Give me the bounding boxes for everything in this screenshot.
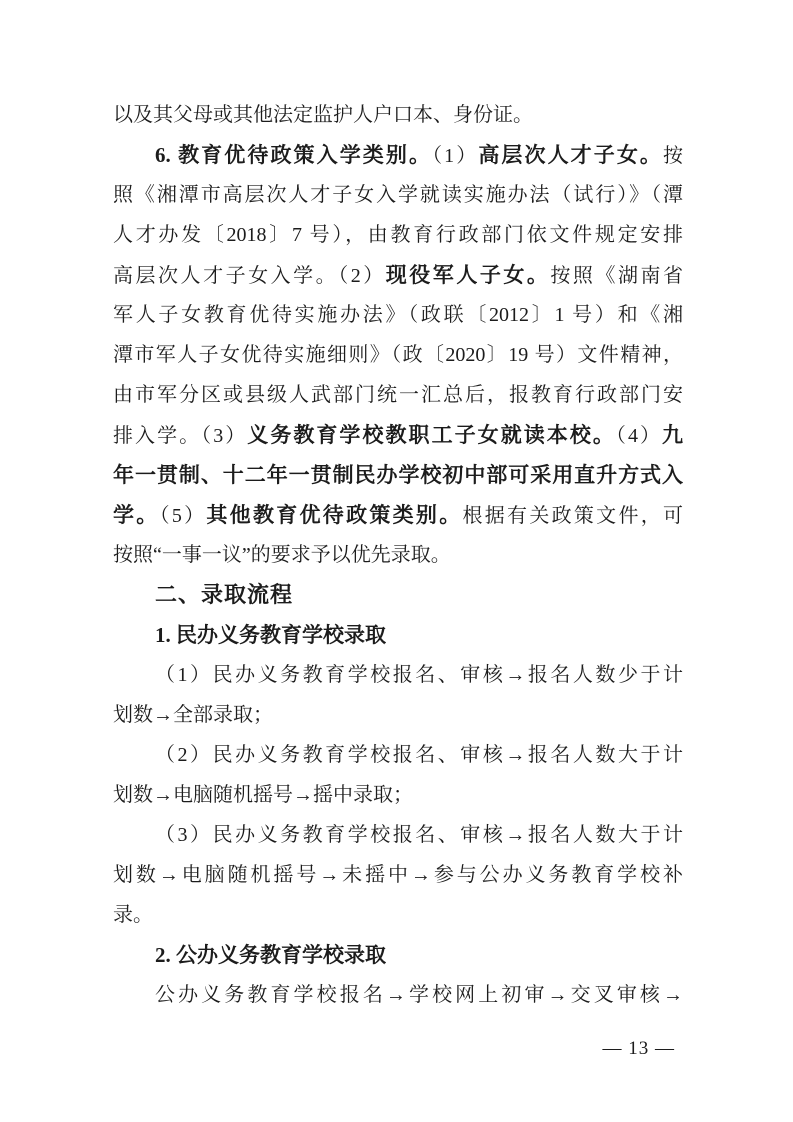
text-line: 以及其父母或其他法定监护人户口本、身份证。 <box>113 95 683 135</box>
text-run: 划数→电脑随机摇号→摇中录取； <box>113 784 413 806</box>
bold-text-run: 2. 公办义务教育学校录取 <box>155 943 386 967</box>
text-line: 排入学。（3）义务教育学校教职工子女就读本校。（4）九 <box>113 415 683 455</box>
bold-text-run: 高层次人才子女。 <box>478 143 663 167</box>
text-run: 按照《湖南省 <box>550 265 683 287</box>
text-line: 2. 公办义务教育学校录取 <box>113 935 683 975</box>
text-run: 排入学。（3） <box>113 425 247 447</box>
text-run: 照《湘潭市高层次人才子女入学就读实施办法（试行）》（潭 <box>113 184 683 206</box>
text-line: 军人子女教育优待实施办法》（政联〔2012〕1 号）和《湘 <box>113 295 683 335</box>
text-run: 由市军分区或县级人武部门统一汇总后，报教育行政部门安 <box>113 384 683 406</box>
text-line: 潭市军人子女优待实施细则》（政〔2020〕19 号）文件精神， <box>113 335 683 375</box>
text-run: （2）民办义务教育学校报名、审核→报名人数大于计 <box>155 744 683 766</box>
page-number: — 13 — <box>603 1038 676 1060</box>
text-run: （1）民办义务教育学校报名、审核→报名人数少于计 <box>155 664 683 686</box>
text-run: 人才办发〔2018〕7 号），由教育行政部门依文件规定安排 <box>113 224 683 246</box>
text-line: 二、录取流程 <box>113 575 683 615</box>
text-run: （1） <box>432 145 478 167</box>
document-page: 以及其父母或其他法定监护人户口本、身份证。6. 教育优待政策入学类别。（1）高层… <box>0 0 793 1122</box>
text-line: 学。（5）其他教育优待政策类别。根据有关政策文件，可 <box>113 495 683 535</box>
text-line: （1）民办义务教育学校报名、审核→报名人数少于计 <box>113 655 683 695</box>
text-run: 划数→全部录取； <box>113 704 273 726</box>
document-content: 以及其父母或其他法定监护人户口本、身份证。6. 教育优待政策入学类别。（1）高层… <box>113 95 683 1015</box>
text-line: 人才办发〔2018〕7 号），由教育行政部门依文件规定安排 <box>113 215 683 255</box>
bold-text-run: 九 <box>662 423 683 447</box>
bold-text-run: 6. <box>155 143 178 167</box>
text-line: 按照“一事一议”的要求予以优先录取。 <box>113 535 683 575</box>
text-line: 划数→电脑随机摇号→摇中录取； <box>113 775 683 815</box>
text-line: 6. 教育优待政策入学类别。（1）高层次人才子女。按 <box>113 135 683 175</box>
text-run: 军人子女教育优待实施办法》（政联〔2012〕1 号）和《湘 <box>113 304 683 326</box>
text-run: 按照“一事一议”的要求予以优先录取。 <box>113 544 451 566</box>
text-line: 由市军分区或县级人武部门统一汇总后，报教育行政部门安 <box>113 375 683 415</box>
bold-text-run: 二、录取流程 <box>155 582 293 607</box>
bold-text-run: 现役军人子女。 <box>386 263 551 287</box>
text-line: 划数→全部录取； <box>113 695 683 735</box>
text-run: 按 <box>663 145 683 167</box>
text-run: 根据有关政策文件，可 <box>463 505 684 527</box>
text-run: 高层次人才子女入学。（2） <box>113 265 386 287</box>
text-run: （3）民办义务教育学校报名、审核→报名人数大于计 <box>155 824 683 846</box>
text-run: （4） <box>616 425 662 447</box>
text-line: （3）民办义务教育学校报名、审核→报名人数大于计 <box>113 815 683 855</box>
text-run: 潭市军人子女优待实施细则》（政〔2020〕19 号）文件精神， <box>113 344 683 366</box>
text-line: 公办义务教育学校报名→学校网上初审→交叉审核→ <box>113 975 683 1015</box>
text-line: 1. 民办义务教育学校录取 <box>113 615 683 655</box>
text-run: 公办义务教育学校报名→学校网上初审→交叉审核→ <box>155 984 683 1006</box>
bold-text-run: 其他教育优待政策类别。 <box>206 503 462 527</box>
bold-text-run: 义务教育学校教职工子女就读本校。 <box>247 423 616 447</box>
bold-text-run: 1. 民办义务教育学校录取 <box>155 623 386 647</box>
text-run: 以及其父母或其他法定监护人户口本、身份证。 <box>113 104 533 126</box>
bold-text-run: 教育优待政策入学类别。 <box>178 143 432 167</box>
bold-text-run: 学。 <box>113 503 160 527</box>
text-run: 录。 <box>113 904 153 926</box>
text-line: 录。 <box>113 895 683 935</box>
text-line: 划数→电脑随机摇号→未摇中→参与公办义务教育学校补 <box>113 855 683 895</box>
text-line: （2）民办义务教育学校报名、审核→报名人数大于计 <box>113 735 683 775</box>
text-line: 高层次人才子女入学。（2）现役军人子女。按照《湖南省 <box>113 255 683 295</box>
text-run: （5） <box>160 505 207 527</box>
text-line: 照《湘潭市高层次人才子女入学就读实施办法（试行）》（潭 <box>113 175 683 215</box>
bold-text-run: 年一贯制、十二年一贯制民办学校初中部可采用直升方式入 <box>113 463 683 487</box>
text-line: 年一贯制、十二年一贯制民办学校初中部可采用直升方式入 <box>113 455 683 495</box>
text-run: 划数→电脑随机摇号→未摇中→参与公办义务教育学校补 <box>113 864 683 886</box>
